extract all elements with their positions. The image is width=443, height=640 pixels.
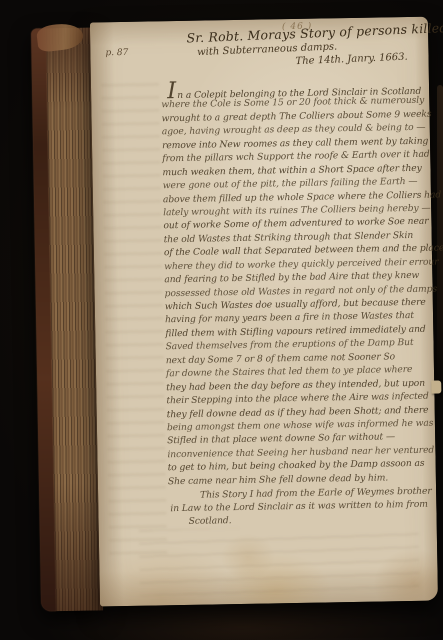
ink-showthrough-margin bbox=[101, 83, 167, 554]
heading: Sr. Robt. Morays Story of persons killed… bbox=[90, 13, 428, 27]
body-text: In a Colepit belonging to the Lord Sincl… bbox=[161, 81, 436, 489]
manuscript-photo: ( 46 ) p. 87 Sr. Robt. Morays Story of p… bbox=[0, 0, 443, 640]
ink-showthrough-lower bbox=[139, 525, 420, 596]
open-book: ( 46 ) p. 87 Sr. Robt. Morays Story of p… bbox=[31, 17, 443, 614]
page-ref-note: p. 87 bbox=[105, 48, 128, 58]
closing-text: This Story I had from the Earle of Weyme… bbox=[168, 485, 437, 529]
page-edge-tab bbox=[431, 380, 441, 393]
dateline: The 14th. Janry. 1663. bbox=[295, 52, 408, 67]
book-page: ( 46 ) p. 87 Sr. Robt. Morays Story of p… bbox=[90, 17, 438, 607]
